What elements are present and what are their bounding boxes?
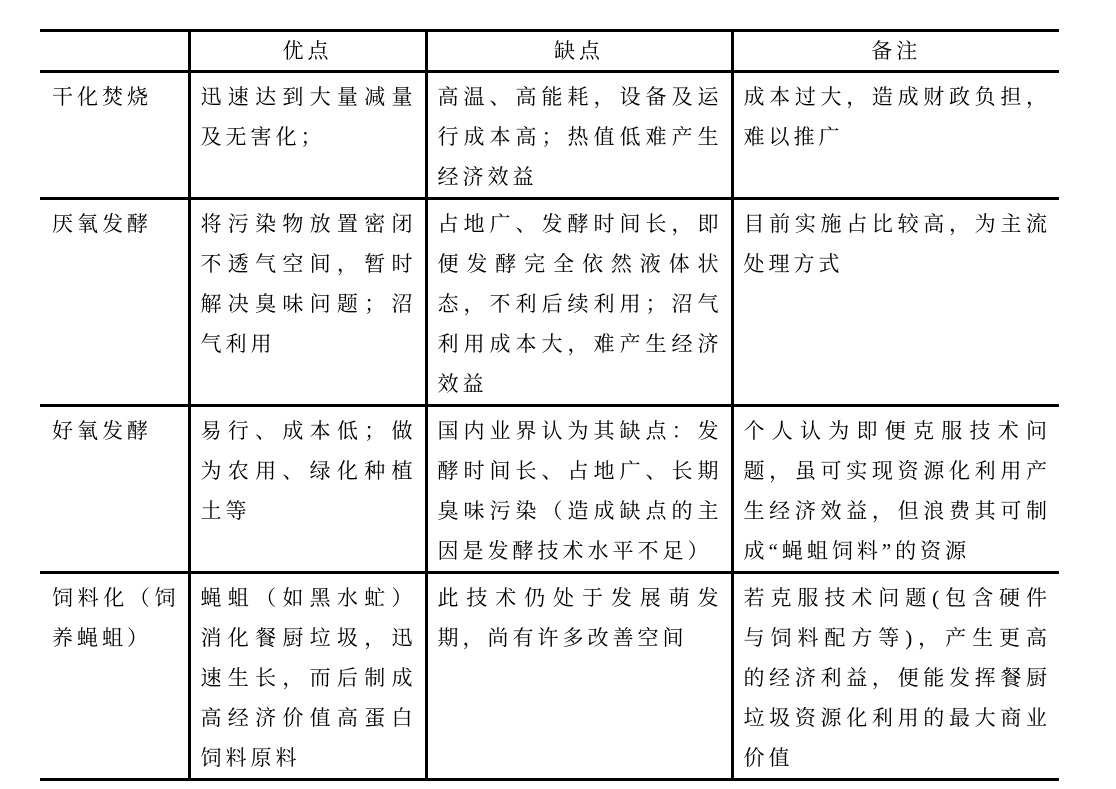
advantage-cell: 易行、成本低；做为农用、绿化种植土等 (189, 406, 426, 573)
advantage-cell: 蝇蛆（如黑水虻）消化餐厨垃圾，迅速生长，而后制成高经济价值高蛋白饲料原料 (189, 573, 426, 780)
advantage-cell: 将污染物放置密闭不透气空间，暂时解决臭味问题；沼气利用 (189, 199, 426, 406)
advantage-cell: 迅速达到大量减量及无害化； (189, 72, 426, 199)
comparison-table: 优点 缺点 备注 干化焚烧 迅速达到大量减量及无害化； 高温、高能耗，设备及运行… (40, 29, 1059, 781)
table-row: 干化焚烧 迅速达到大量减量及无害化； 高温、高能耗，设备及运行成本高；热值低难产… (40, 72, 1059, 199)
remark-cell: 目前实施占比较高，为主流处理方式 (732, 199, 1059, 406)
remark-cell: 若克服技术问题(包含硬件与饲料配方等)，产生更高的经济利益，便能发挥餐厨垃圾资源… (732, 573, 1059, 780)
remark-cell: 个人认为即便克服技术问题，虽可实现资源化利用产生经济效益，但浪费其可制成“蝇蛆饲… (732, 406, 1059, 573)
method-cell: 干化焚烧 (40, 72, 189, 199)
table-row: 好氧发酵 易行、成本低；做为农用、绿化种植土等 国内业界认为其缺点：发酵时间长、… (40, 406, 1059, 573)
document-page: 优点 缺点 备注 干化焚烧 迅速达到大量减量及无害化； 高温、高能耗，设备及运行… (0, 0, 1116, 789)
table-row: 厌氧发酵 将污染物放置密闭不透气空间，暂时解决臭味问题；沼气利用 占地广、发酵时… (40, 199, 1059, 406)
method-cell: 饲料化（饲养蝇蛆） (40, 573, 189, 780)
remark-cell: 成本过大，造成财政负担，难以推广 (732, 72, 1059, 199)
table-row: 饲料化（饲养蝇蛆） 蝇蛆（如黑水虻）消化餐厨垃圾，迅速生长，而后制成高经济价值高… (40, 573, 1059, 780)
disadvantage-cell: 此技术仍处于发展萌发期，尚有许多改善空间 (426, 573, 732, 780)
disadvantage-cell: 国内业界认为其缺点：发酵时间长、占地广、长期臭味污染（造成缺点的主因是发酵技术水… (426, 406, 732, 573)
comparison-table-wrapper: 优点 缺点 备注 干化焚烧 迅速达到大量减量及无害化； 高温、高能耗，设备及运行… (40, 29, 1059, 781)
method-cell: 好氧发酵 (40, 406, 189, 573)
header-cell-disadvantages: 缺点 (426, 31, 732, 72)
disadvantage-cell: 占地广、发酵时间长，即便发酵完全依然液体状态，不利后续利用；沼气利用成本大，难产… (426, 199, 732, 406)
method-cell: 厌氧发酵 (40, 199, 189, 406)
disadvantage-cell: 高温、高能耗，设备及运行成本高；热值低难产生经济效益 (426, 72, 732, 199)
header-row: 优点 缺点 备注 (40, 31, 1059, 72)
header-cell-advantages: 优点 (189, 31, 426, 72)
header-cell-remarks: 备注 (732, 31, 1059, 72)
header-cell-method (40, 31, 189, 72)
